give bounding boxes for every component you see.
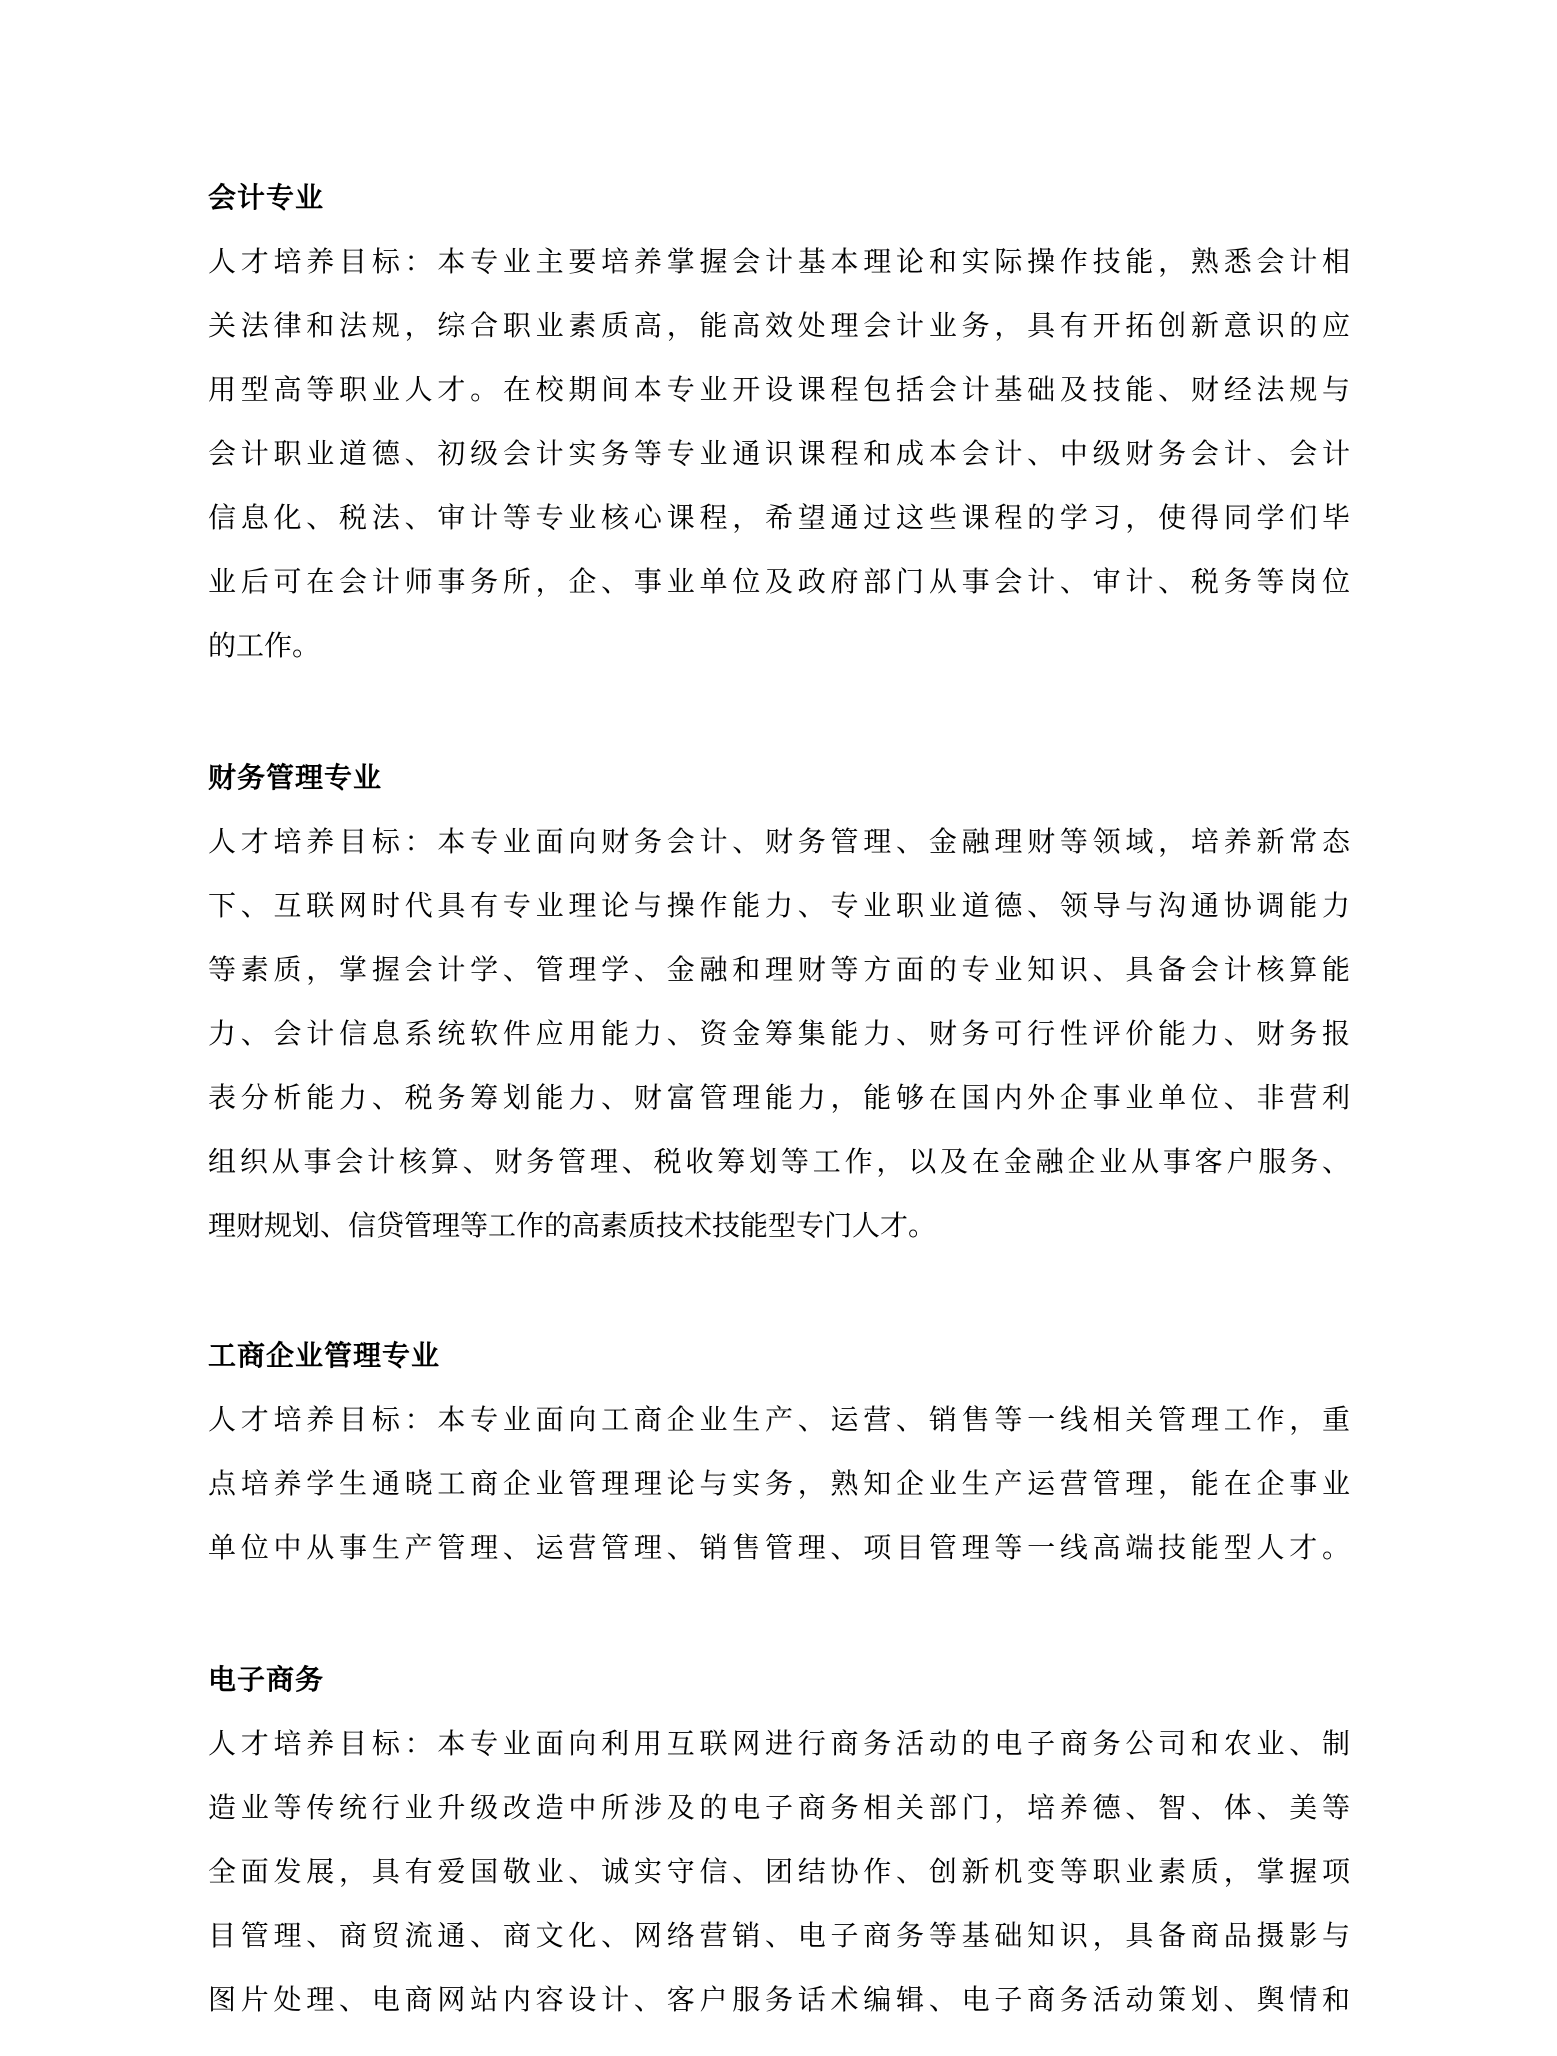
paragraph-line: 人才培养目标：本专业面向财务会计、财务管理、金融理财等领域，培养新常态 (208, 810, 1350, 874)
section-heading: 财务管理专业 (208, 758, 1350, 798)
paragraph-line: 人才培养目标：本专业主要培养掌握会计基本理论和实际操作技能，熟悉会计相 (208, 230, 1350, 294)
paragraph-line: 目管理、商贸流通、商文化、网络营销、电子商务等基础知识，具备商品摄影与 (208, 1904, 1350, 1968)
paragraph-line: 点培养学生通晓工商企业管理理论与实务，熟知企业生产运营管理，能在企事业 (208, 1452, 1350, 1516)
paragraph-line: 会计职业道德、初级会计实务等专业通识课程和成本会计、中级财务会计、会计 (208, 422, 1350, 486)
paragraph-line: 表分析能力、税务筹划能力、财富管理能力，能够在国内外企事业单位、非营利 (208, 1066, 1350, 1130)
paragraph-line: 造业等传统行业升级改造中所涉及的电子商务相关部门，培养德、智、体、美等 (208, 1776, 1350, 1840)
document-page: 会计专业 人才培养目标：本专业主要培养掌握会计基本理论和实际操作技能，熟悉会计相… (0, 0, 1557, 2056)
paragraph-line: 业后可在会计师事务所，企、事业单位及政府部门从事会计、审计、税务等岗位 (208, 550, 1350, 614)
section-heading: 会计专业 (208, 178, 1350, 218)
paragraph-line: 组织从事会计核算、财务管理、税收筹划等工作，以及在金融企业从事客户服务、 (208, 1130, 1350, 1194)
section-body: 人才培养目标：本专业面向利用互联网进行商务活动的电子商务公司和农业、制 造业等传… (208, 1712, 1350, 2032)
section-body: 人才培养目标：本专业面向工商企业生产、运营、销售等一线相关管理工作，重 点培养学… (208, 1388, 1350, 1580)
paragraph-line: 全面发展，具有爱国敬业、诚实守信、团结协作、创新机变等职业素质，掌握项 (208, 1840, 1350, 1904)
paragraph-line: 人才培养目标：本专业面向利用互联网进行商务活动的电子商务公司和农业、制 (208, 1712, 1350, 1776)
section-business-management: 工商企业管理专业 人才培养目标：本专业面向工商企业生产、运营、销售等一线相关管理… (208, 1336, 1350, 1580)
section-body: 人才培养目标：本专业主要培养掌握会计基本理论和实际操作技能，熟悉会计相 关法律和… (208, 230, 1350, 678)
paragraph-line: 信息化、税法、审计等专业核心课程，希望通过这些课程的学习，使得同学们毕 (208, 486, 1350, 550)
paragraph-line: 单位中从事生产管理、运营管理、销售管理、项目管理等一线高端技能型人才。 (208, 1516, 1350, 1580)
paragraph-line: 力、会计信息系统软件应用能力、资金筹集能力、财务可行性评价能力、财务报 (208, 1002, 1350, 1066)
section-financial-management: 财务管理专业 人才培养目标：本专业面向财务会计、财务管理、金融理财等领域，培养新… (208, 758, 1350, 1258)
paragraph-line: 的工作。 (208, 614, 1350, 678)
section-heading: 工商企业管理专业 (208, 1336, 1350, 1376)
section-e-commerce: 电子商务 人才培养目标：本专业面向利用互联网进行商务活动的电子商务公司和农业、制… (208, 1660, 1350, 2032)
paragraph-line: 下、互联网时代具有专业理论与操作能力、专业职业道德、领导与沟通协调能力 (208, 874, 1350, 938)
section-heading: 电子商务 (208, 1660, 1350, 1700)
paragraph-line: 用型高等职业人才。在校期间本专业开设课程包括会计基础及技能、财经法规与 (208, 358, 1350, 422)
paragraph-line: 图片处理、电商网站内容设计、客户服务话术编辑、电子商务活动策划、舆情和 (208, 1968, 1350, 2032)
section-accounting: 会计专业 人才培养目标：本专业主要培养掌握会计基本理论和实际操作技能，熟悉会计相… (208, 178, 1350, 678)
section-body: 人才培养目标：本专业面向财务会计、财务管理、金融理财等领域，培养新常态 下、互联… (208, 810, 1350, 1258)
paragraph-line: 等素质，掌握会计学、管理学、金融和理财等方面的专业知识、具备会计核算能 (208, 938, 1350, 1002)
paragraph-line: 人才培养目标：本专业面向工商企业生产、运营、销售等一线相关管理工作，重 (208, 1388, 1350, 1452)
paragraph-line: 理财规划、信贷管理等工作的高素质技术技能型专门人才。 (208, 1194, 1350, 1258)
paragraph-line: 关法律和法规，综合职业素质高，能高效处理会计业务，具有开拓创新意识的应 (208, 294, 1350, 358)
